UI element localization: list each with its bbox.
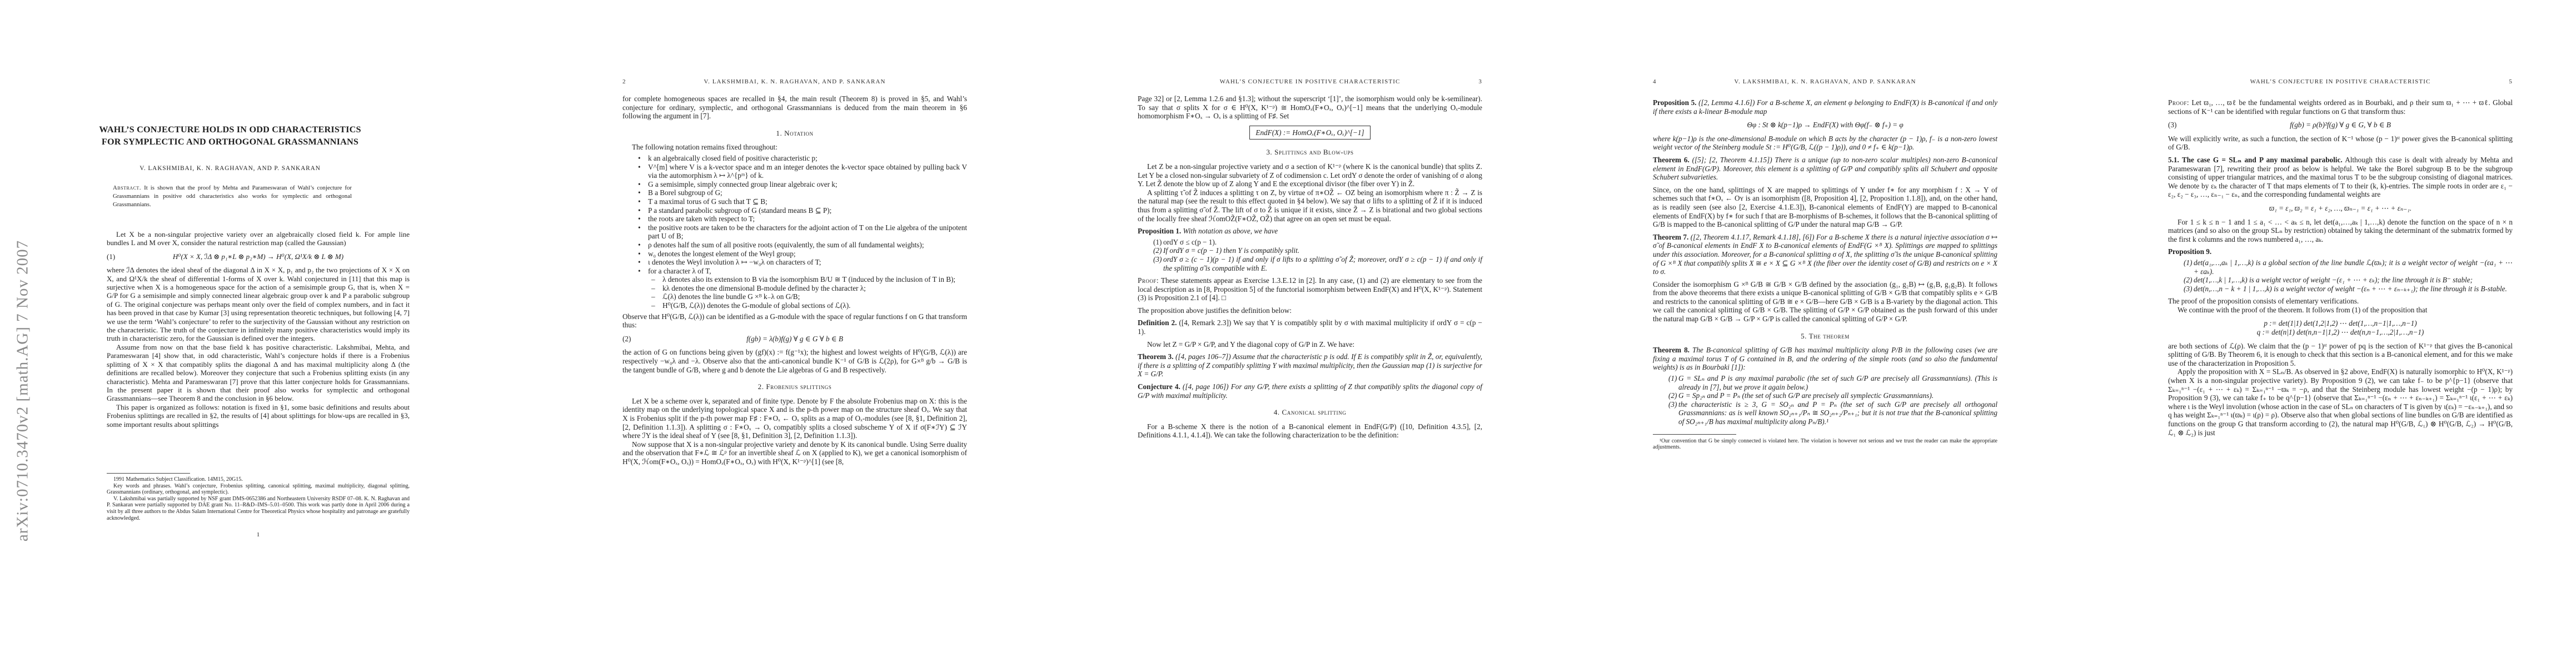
list-item-text: P a standard parabolic subgroup of G (st…	[648, 206, 831, 215]
paragraph: Page 32] or [2, Lemma 1.2.6 and §1.3]; w…	[1138, 94, 1482, 121]
list-item-text: kλ denotes the one dimensional B-module …	[662, 284, 866, 292]
list-marker: •	[638, 188, 641, 197]
equation-body: f(gb) = λ(b)f(g) ∀ g ∈ G ∀ b ∈ B	[746, 335, 843, 343]
list-marker: •	[638, 163, 641, 172]
list-item: –kλ denotes the one dimensional B-module…	[622, 284, 967, 293]
list-item: •ρ denotes half the sum of all positive …	[622, 241, 967, 250]
paragraph-text: are both sections of ℒ(ρ). We claim that…	[2168, 342, 2513, 367]
paragraph: The proof of the proposition consists of…	[2168, 297, 2513, 306]
page-body: Proposition 5. ([2, Lemma 4.1.6]) For a …	[1653, 94, 1997, 451]
list-marker: –	[651, 275, 655, 284]
paragraph: Proof: These statements appear as Exerci…	[1138, 276, 1482, 302]
footnote-rule	[107, 473, 190, 474]
list-item: (1)ordY σ ≤ c(p − 1).	[1138, 238, 1482, 247]
list-item: •the positive roots are taken to be the …	[622, 223, 967, 241]
running-head-title: V. LAKSHMIBAI, K. N. RAGHAVAN, AND P. SA…	[1653, 78, 1997, 85]
paragraph: Theorem 8. The B-canonical splitting of …	[1653, 346, 1997, 372]
display-equation: (3)f(gb) = ρ(b)²f(g) ∀ g ∈ G, ∀ b ∈ B	[2168, 121, 2513, 130]
list-marker: –	[651, 301, 655, 310]
list-item: –ℒ(λ) denotes the line bundle G ×ᴮ k₋λ o…	[622, 292, 967, 301]
list-item: (2)G = Sp₂ₙ and P = Pₙ (the set of such …	[1653, 391, 1997, 400]
display-equation: (2)f(gb) = λ(b)f(g) ∀ g ∈ G ∀ b ∈ B	[622, 335, 967, 344]
list-marker: •	[638, 267, 641, 276]
list: •k an algebraically closed field of posi…	[622, 154, 967, 310]
page-number: 5	[2509, 78, 2513, 85]
list-marker: •	[638, 197, 641, 206]
paragraph-text: The following notation remains fixed thr…	[632, 143, 778, 151]
paragraph: For 1 ≤ k ≤ n − 1 and 1 ≤ a₁ < … < aₖ ≤ …	[2168, 218, 2513, 244]
display-equation: p := det(1|1) det(1,2|1,2) ⋯ det(1,…,n−1…	[2168, 319, 2513, 336]
page-number: 2	[622, 78, 626, 85]
list-item: (1)G = SLₙ and P is any maximal paraboli…	[1653, 374, 1997, 391]
equation-body: Θφ : St ⊗ k(p−1)ρ → EndF(X) with Θφ(f₋ ⊗…	[1747, 121, 1903, 129]
list-item-text: det(1,…,k | 1,…,k) is a weight vector of…	[2194, 276, 2473, 284]
paragraph: Proposition 5. ([2, Lemma 4.1.6]) For a …	[1653, 98, 1997, 116]
section-heading: 4. Canonical splitting	[1138, 408, 1482, 417]
display-equation: EndF(X) := HomOₓ(F∗Oₓ, Oₓ)^[−1]	[1138, 126, 1482, 140]
paragraph-text: for complete homogeneous spaces are reca…	[622, 94, 967, 120]
list-item-text: G a semisimple, simply connected group l…	[648, 180, 838, 188]
paragraph-text: ([4, pages 106–7]) Assume that the chara…	[1138, 352, 1482, 378]
footnote-block: 1991 Mathematics Subject Classification.…	[107, 473, 410, 521]
paragraph: Since, on the one hand, splittings of X …	[1653, 186, 1997, 229]
list-item-text: G = SLₙ and P is any maximal parabolic (…	[1678, 374, 1997, 391]
paragraph-lead: Proposition 5.	[1653, 98, 1696, 107]
list-marker: •	[638, 258, 641, 267]
list-marker: •	[638, 180, 641, 189]
display-equation: ϖ₁ = ε₁, ϖ₂ = ε₁ + ε₂, …, ϖₙ₋₁ = ε₁ + ⋯ …	[2168, 204, 2513, 213]
list-item-text: B a Borel subgroup of G;	[648, 188, 723, 197]
list-marker: (3)	[1668, 400, 1677, 409]
running-head-title: WAHL’S CONJECTURE IN POSITIVE CHARACTERI…	[2168, 78, 2513, 85]
display-equation: Θφ : St ⊗ k(p−1)ρ → EndF(X) with Θφ(f₋ ⊗…	[1653, 121, 1997, 130]
paragraph: Proposition 1. With notation as above, w…	[1138, 227, 1482, 236]
paragraph-text: The B-canonical splitting of G/B has max…	[1653, 346, 1997, 371]
list-item: •ι denotes the Weyl involution λ ↦ −w₀λ …	[622, 258, 967, 267]
paragraph: Theorem 3. ([4, pages 106–7]) Assume tha…	[1138, 352, 1482, 379]
arxiv-watermark: arXiv:0710.3470v2 [math.AG] 7 Nov 2007	[14, 240, 32, 541]
footnote: ¹Our convention that G be simply connect…	[1653, 438, 1997, 451]
paragraph: Consider the isomorphism G ×ᴮ G/B ≅ G/B …	[1653, 280, 1997, 323]
list-marker: (3)	[1153, 255, 1162, 264]
footnote-rule	[1653, 434, 1736, 435]
list-item-text: k an algebraically closed field of posit…	[648, 154, 818, 162]
paragraph-text: A splitting τ̃ of Z̃ induces a splitting…	[1138, 188, 1482, 223]
list-item-text: w₀ denotes the longest element of the We…	[648, 250, 796, 258]
page-number: 4	[1653, 78, 1657, 85]
list-item-text: If ordY σ = c(p − 1) then Y is compatibl…	[1163, 246, 1299, 255]
list-item: •V^[m] where V is a k-vector space and m…	[622, 163, 967, 180]
paragraph: Let Z be a non-singular projective varie…	[1138, 162, 1482, 188]
list-marker: •	[638, 250, 641, 258]
paragraph: Assume from now on that the base field k…	[107, 343, 410, 403]
list-marker: (2)	[1668, 391, 1677, 400]
list-item: (3)the characteristic is ≥ 3, G = SO₂ₙ a…	[1653, 400, 1997, 426]
paragraph-lead: Definition 2.	[1138, 318, 1177, 327]
paragraph-text: where ℐΔ denotes the ideal sheaf of the …	[107, 266, 410, 342]
footnote: V. Lakshmibai was partially supported by…	[107, 496, 410, 521]
list-item: (3)det(n,…,n − k + 1 | 1,…,k) is a weigh…	[2168, 285, 2513, 293]
equation-tag: (2)	[622, 335, 631, 344]
paragraph-text: ([2, Lemma 4.1.6]) For a B-scheme X, an …	[1653, 98, 1997, 116]
paragraph: The proposition above justifies the defi…	[1138, 306, 1482, 315]
paragraph: Proof: Let ϖ₁, …, ϖℓ be the fundamental …	[2168, 98, 2513, 116]
page-number: 1	[107, 531, 410, 538]
footnote: 1991 Mathematics Subject Classification.…	[107, 476, 410, 483]
page-3: WAHL’S CONJECTURE IN POSITIVE CHARACTERI…	[1030, 0, 1546, 667]
list-item: (2)If ordY σ = c(p − 1) then Y is compat…	[1138, 246, 1482, 255]
list-item: •B a Borel subgroup of G;	[622, 188, 967, 197]
paragraph-text: For a B-scheme X there is the notion of …	[1138, 422, 1482, 440]
list-marker: (1)	[1668, 374, 1677, 383]
paragraph: Now let Z = G/P × G/P, and Y the diagona…	[1138, 340, 1482, 349]
paragraph: Now suppose that X is a non-singular pro…	[622, 440, 967, 466]
paragraph: for complete homogeneous spaces are reca…	[622, 94, 967, 121]
list-marker: •	[638, 241, 641, 250]
page-number: 3	[1478, 78, 1482, 85]
list-item: (3)ordY σ ≥ (c − 1)(p − 1) if and only i…	[1138, 255, 1482, 272]
list-item: •w₀ denotes the longest element of the W…	[622, 250, 967, 258]
paragraph: 5.1. The case G = SLₙ and P any maximal …	[2168, 156, 2513, 199]
paragraph-text: ([2, Theorem 4.1.17, Remark 4.1.18], [6]…	[1653, 233, 1997, 276]
paragraph-lead: Proposition 1.	[1138, 227, 1181, 235]
list-item-text: ordY σ ≤ c(p − 1).	[1163, 238, 1217, 246]
paragraph: Definition 2. ([4, Remark 2.3]) We say t…	[1138, 318, 1482, 336]
paragraph: Let X be a non-singular projective varie…	[107, 230, 410, 247]
list-marker: •	[638, 223, 641, 232]
list-item: •P a standard parabolic subgroup of G (s…	[622, 206, 967, 215]
page-body: for complete homogeneous spaces are reca…	[622, 94, 967, 466]
list: (1)G = SLₙ and P is any maximal paraboli…	[1653, 374, 1997, 426]
paragraph: We continue with the proof of the theore…	[2168, 306, 2513, 315]
list-marker: •	[638, 154, 641, 163]
list: (1)ordY σ ≤ c(p − 1).(2)If ordY σ = c(p …	[1138, 238, 1482, 272]
paragraph-text: These statements appear as Exercise 1.3.…	[1138, 276, 1482, 302]
equation-tag: (1)	[107, 252, 115, 261]
paragraph-text: Page 32] or [2, Lemma 1.2.6 and §1.3]; w…	[1138, 94, 1482, 120]
paragraph-text: Consider the isomorphism G ×ᴮ G/B ≅ G/B …	[1653, 280, 1997, 323]
boxed-equation: EndF(X) := HomOₓ(F∗Oₓ, Oₓ)^[−1]	[1249, 126, 1370, 140]
list-marker: –	[651, 292, 655, 301]
paragraph-text: We will explicitly write, as such a func…	[2168, 135, 2513, 152]
paragraph-text: the action of G on functions being given…	[622, 348, 967, 374]
list-item-text: H⁰(G/B, ℒ(λ)) denotes the G-module of gl…	[662, 301, 850, 310]
paragraph-lead: Theorem 8.	[1653, 346, 1690, 354]
list-item: •T a maximal torus of G such that T ⊆ B;	[622, 197, 967, 206]
list-item-text: ρ denotes half the sum of all positive r…	[648, 241, 924, 249]
paragraph: Proposition 9.	[2168, 247, 2513, 256]
list-item: •G a semisimple, simply connected group …	[622, 180, 967, 189]
page-2: V. LAKSHMIBAI, K. N. RAGHAVAN, AND P. SA…	[515, 0, 1030, 667]
section-heading: 2. Frobenius splittings	[622, 382, 967, 391]
running-head: WAHL’S CONJECTURE IN POSITIVE CHARACTERI…	[1138, 78, 1482, 86]
equation-body: ϖ₁ = ε₁, ϖ₂ = ε₁ + ε₂, …, ϖₙ₋₁ = ε₁ + ⋯ …	[2269, 204, 2411, 212]
paragraph-lead: Proof:	[2168, 98, 2189, 107]
paragraph-text: Since, on the one hand, splittings of X …	[1653, 186, 1997, 228]
list-item-text: the characteristic is ≥ 3, G = SO₂ₙ and …	[1678, 400, 1997, 426]
abstract-lead: Abstract.	[113, 185, 141, 191]
section-heading: 5. The theorem	[1653, 332, 1997, 341]
list-item: (1)det(a₁,…,aₖ | 1,…,k) is a global sect…	[2168, 258, 2513, 276]
equation-body: f(gb) = ρ(b)²f(g) ∀ g ∈ G, ∀ b ∈ B	[2290, 121, 2391, 129]
list-item: •the roots are taken with respect to T;	[622, 215, 967, 223]
paragraph: Theorem 6. ([5]; [2, Theorem 4.1.15]) Th…	[1653, 156, 1997, 182]
list-item-text: det(a₁,…,aₖ | 1,…,k) is a global section…	[2194, 258, 2513, 276]
running-head-title: V. LAKSHMIBAI, K. N. RAGHAVAN, AND P. SA…	[622, 78, 967, 85]
abstract-text: It is shown that the proof by Mehta and …	[113, 185, 352, 208]
list-marker: (1)	[1153, 238, 1162, 247]
list-item-text: det(n,…,n − k + 1 | 1,…,k) is a weight v…	[2194, 285, 2507, 293]
paragraph-lead: Theorem 7.	[1653, 233, 1688, 241]
list-item-text: for a character λ of T,	[648, 267, 711, 275]
list-item-text: T a maximal torus of G such that T ⊆ B;	[648, 197, 768, 206]
paragraph-text: Now let Z = G/P × G/P, and Y the diagona…	[1147, 340, 1354, 349]
equation-body: H⁰(X × X, ℐΔ ⊗ p₁∗L ⊗ p₂∗M) → H⁰(X, Ω¹X/…	[173, 252, 343, 261]
page-5: WAHL’S CONJECTURE IN POSITIVE CHARACTERI…	[2061, 0, 2576, 667]
paragraph: are both sections of ℒ(ρ). We claim that…	[2168, 342, 2513, 368]
page-4: V. LAKSHMIBAI, K. N. RAGHAVAN, AND P. SA…	[1546, 0, 2061, 667]
paragraph: Observe that H⁰(G/B, ℒ(λ)) can be identi…	[622, 312, 967, 330]
paragraph-text: ([4, page 106]) For any G/P, there exist…	[1138, 382, 1482, 400]
paragraph: Apply the proposition with X = SLₙ/B. As…	[2168, 367, 2513, 437]
abstract: Abstract. It is shown that the proof by …	[113, 184, 352, 210]
paragraph: where k(p−1)ρ is the one-dimensional B-m…	[1653, 135, 1997, 152]
paragraph-text: We continue with the proof of the theore…	[2178, 306, 2427, 314]
list-item-text: V^[m] where V is a k-vector space and m …	[648, 163, 967, 180]
list-marker: –	[651, 284, 655, 293]
paragraph-text: ([4, Remark 2.3]) We say that Y is compa…	[1138, 318, 1482, 336]
list-item-text: ℒ(λ) denotes the line bundle G ×ᴮ k₋λ on…	[662, 292, 800, 301]
list-marker: (2)	[2184, 276, 2192, 285]
paper-title: WAHL’S CONJECTURE HOLDS IN ODD CHARACTER…	[78, 123, 382, 148]
list-item: (2)det(1,…,k | 1,…,k) is a weight vector…	[2168, 276, 2513, 285]
paragraph-text: Observe that H⁰(G/B, ℒ(λ)) can be identi…	[622, 312, 967, 330]
paragraph-text: Assume from now on that the base field k…	[107, 343, 410, 402]
paragraph: The following notation remains fixed thr…	[622, 143, 967, 152]
paragraph: This paper is organized as follows: nota…	[107, 403, 410, 429]
paragraph-text: The proposition above justifies the defi…	[1138, 306, 1292, 315]
paragraph: For a B-scheme X there is the notion of …	[1138, 422, 1482, 440]
paragraph-text: where k(p−1)ρ is the one-dimensional B-m…	[1653, 135, 1997, 152]
list-item-text: ordY σ ≥ (c − 1)(p − 1) if and only if σ…	[1163, 255, 1482, 272]
list-marker: (1)	[2184, 258, 2192, 267]
paragraph: where ℐΔ denotes the ideal sheaf of the …	[107, 266, 410, 343]
list-item-text: the positive roots are taken to be the c…	[648, 223, 967, 241]
paragraph-text: Let X be a scheme over k, separated and …	[622, 397, 967, 440]
equation-tag: (3)	[2168, 121, 2176, 130]
list-marker: •	[638, 215, 641, 223]
list-marker: (3)	[2184, 285, 2192, 293]
paragraph: Conjecture 4. ([4, page 106]) For any G/…	[1138, 382, 1482, 400]
running-head-title: WAHL’S CONJECTURE IN POSITIVE CHARACTERI…	[1138, 78, 1482, 85]
section-heading: 3. Splittings and Blow-ups	[1138, 148, 1482, 157]
list-item: •for a character λ of T,	[622, 267, 967, 276]
paragraph: We will explicitly write, as such a func…	[2168, 135, 2513, 152]
paragraph-lead: Theorem 6.	[1653, 156, 1690, 164]
running-head: V. LAKSHMIBAI, K. N. RAGHAVAN, AND P. SA…	[1653, 78, 1997, 86]
page-1: arXiv:0710.3470v2 [math.AG] 7 Nov 2007WA…	[0, 0, 515, 667]
list-marker: •	[638, 206, 641, 215]
paragraph-text: Let Z be a non-singular projective varie…	[1138, 162, 1482, 188]
paragraph: Let X be a scheme over k, separated and …	[622, 397, 967, 440]
list: (1)det(a₁,…,aₖ | 1,…,k) is a global sect…	[2168, 258, 2513, 293]
paragraph-text: With notation as above, we have	[1181, 227, 1278, 235]
page-body: Page 32] or [2, Lemma 1.2.6 and §1.3]; w…	[1138, 94, 1482, 440]
paragraph-text: Apply the proposition with X = SLₙ/B. As…	[2168, 367, 2513, 436]
running-head: V. LAKSHMIBAI, K. N. RAGHAVAN, AND P. SA…	[622, 78, 967, 86]
list-item-text: the roots are taken with respect to T;	[648, 215, 755, 223]
paragraph-text: Now suppose that X is a non-singular pro…	[622, 440, 967, 466]
page-body: Let X be a non-singular projective varie…	[107, 230, 410, 429]
paragraph-lead: 5.1. The case G = SLₙ and P any maximal …	[2168, 156, 2343, 164]
running-head: WAHL’S CONJECTURE IN POSITIVE CHARACTERI…	[2168, 78, 2513, 86]
list-item: •k an algebraically closed field of posi…	[622, 154, 967, 163]
paragraph-text: Let ϖ₁, …, ϖℓ be the fundamental weights…	[2168, 98, 2513, 116]
list-marker: (2)	[1153, 246, 1162, 255]
display-equation: (1)H⁰(X × X, ℐΔ ⊗ p₁∗L ⊗ p₂∗M) → H⁰(X, Ω…	[107, 252, 410, 261]
paragraph-lead: Proof:	[1138, 276, 1159, 285]
authors: V. LAKSHMIBAI, K. N. RAGHAVAN, AND P. SA…	[78, 165, 382, 172]
paragraph: the action of G on functions being given…	[622, 348, 967, 374]
paragraph-text: The proof of the proposition consists of…	[2168, 297, 2359, 305]
equation-body: p := det(1|1) det(1,2|1,2) ⋯ det(1,…,n−1…	[2257, 319, 2424, 336]
list-item-text: G = Sp₂ₙ and P = Pₙ (the set of such G/P…	[1678, 391, 1934, 400]
list-item: –λ denotes also its extension to B via t…	[622, 275, 967, 284]
paper-pages: arXiv:0710.3470v2 [math.AG] 7 Nov 2007WA…	[0, 0, 2576, 667]
paragraph-text: ([5]; [2, Theorem 4.1.15]) There is a un…	[1653, 156, 1997, 181]
list-item-text: λ denotes also its extension to B via th…	[662, 275, 955, 283]
paragraph-lead: Theorem 3.	[1138, 352, 1173, 361]
paragraph-lead: Proposition 9.	[2168, 247, 2211, 256]
list-item: –H⁰(G/B, ℒ(λ)) denotes the G-module of g…	[622, 301, 967, 310]
paragraph-lead: Conjecture 4.	[1138, 382, 1180, 391]
paragraph: Theorem 7. ([2, Theorem 4.1.17, Remark 4…	[1653, 233, 1997, 276]
paragraph-text: Let X be a non-singular projective varie…	[107, 230, 410, 247]
footnote: Key words and phrases. Wahl’s conjecture…	[107, 483, 410, 496]
paragraph: A splitting τ̃ of Z̃ induces a splitting…	[1138, 188, 1482, 223]
paragraph-text: For 1 ≤ k ≤ n − 1 and 1 ≤ a₁ < … < aₖ ≤ …	[2168, 218, 2513, 243]
page-body: Proof: Let ϖ₁, …, ϖℓ be the fundamental …	[2168, 94, 2513, 437]
list-item-text: ι denotes the Weyl involution λ ↦ −w₀λ o…	[648, 258, 821, 266]
section-heading: 1. Notation	[622, 129, 967, 138]
paragraph-text: This paper is organized as follows: nota…	[107, 403, 410, 429]
